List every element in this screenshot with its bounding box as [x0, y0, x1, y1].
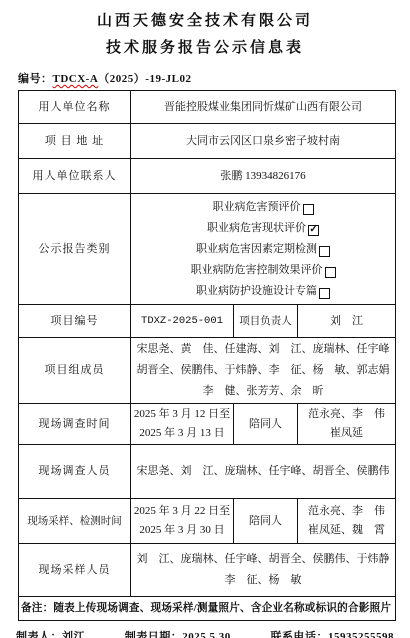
info-table: 用人单位名称 晋能控股煤业集团同忻煤矿山西有限公司 项 目 地 址 大同市云冈区… — [18, 90, 396, 621]
sampling-time-value: 2025 年 3 月 22 日至 2025 年 3 月 30 日 — [131, 499, 234, 544]
footer-creator-label: 制表人： — [16, 631, 62, 638]
project-leader-value: 刘 江 — [298, 305, 396, 338]
row-report-category: 公示报告类别 职业病危害预评价✓ 职业病危害现状评价✓ 职业病危害因素定期检测✓… — [19, 194, 396, 305]
report-option-checkbox: ✓ — [325, 267, 336, 278]
document-number: 编号：TDCX-A（2025）-19-JL02 — [18, 70, 410, 86]
footer-phone: 联系电话：15935255598 — [271, 628, 395, 638]
row-remark: 备注：随表上传现场调查、现场采样/测量照片、含企业名称或标识的合影照片 — [19, 597, 396, 621]
team-line: 胡晋全、侯鹏伟、于炜静、李 征、杨 敏、郭志娟 — [133, 360, 393, 381]
footer-phone-value: 15935255598 — [328, 631, 394, 638]
report-category-options: 职业病危害预评价✓ 职业病危害现状评价✓ 职业病危害因素定期检测✓ 职业病防危害… — [131, 194, 396, 305]
address-value: 大同市云冈区口泉乡密子坡村南 — [131, 124, 396, 159]
team-line: 李 健、张芳芳、余 昕 — [133, 381, 393, 402]
report-option-text: 职业病防危害控制效果评价 — [191, 264, 323, 276]
survey-time-value: 2025 年 3 月 12 日至 2025 年 3 月 13 日 — [131, 404, 234, 445]
footer-line: 制表人：刘江 制表日期：2025.5.30 联系电话：15935255598 — [16, 628, 394, 638]
project-number-value: TDXZ-2025-001 — [131, 305, 234, 338]
document-title-line2: 技术服务报告公示信息表 — [0, 36, 410, 61]
project-number-label: 项目编号 — [19, 305, 131, 338]
sampling-time-label: 现场采样、检测时间 — [19, 499, 131, 544]
sampling-staff-line: 李 征、杨 敏 — [133, 570, 393, 591]
sampling-escort-label: 陪同人 — [234, 499, 298, 544]
report-option-checkbox: ✓ — [303, 204, 314, 215]
sampling-escort-line: 崔凤延、魏 霄 — [300, 521, 393, 540]
survey-time-label: 现场调查时间 — [19, 404, 131, 445]
sampling-staff-label: 现场采样人员 — [19, 544, 131, 597]
footer-creator: 制表人：刘江 — [16, 628, 85, 638]
team-label: 项目组成员 — [19, 338, 131, 404]
row-team: 项目组成员 宋思尧、黄 佳、任建海、刘 江、庞瑞林、任宇峰 胡晋全、侯鹏伟、于炜… — [19, 338, 396, 404]
report-option-text: 职业病危害因素定期检测 — [196, 243, 317, 255]
contact-value: 张鹏 13934826176 — [131, 159, 396, 194]
document-title-line1: 山西天德安全技术有限公司 — [0, 9, 410, 34]
survey-date-line: 2025 年 3 月 13 日 — [133, 424, 231, 443]
survey-date-line: 2025 年 3 月 12 日至 — [133, 405, 231, 424]
footer-phone-label: 联系电话： — [271, 631, 329, 638]
report-option-checkbox: ✓ — [308, 225, 319, 236]
survey-staff-value: 宋思尧、刘 江、庞瑞林、任宇峰、胡晋全、侯鹏伟 — [131, 445, 396, 499]
report-category-label: 公示报告类别 — [19, 194, 131, 305]
sampling-date-line: 2025 年 3 月 30 日 — [133, 521, 231, 540]
team-members: 宋思尧、黄 佳、任建海、刘 江、庞瑞林、任宇峰 胡晋全、侯鹏伟、于炜静、李 征、… — [131, 338, 396, 404]
document-page: 山西天德安全技术有限公司 技术服务报告公示信息表 编号：TDCX-A（2025）… — [0, 0, 410, 638]
report-option: 职业病防危害控制效果评价✓ — [133, 260, 393, 281]
document-number-label: 编号： — [18, 73, 53, 85]
contact-label: 用人单位联系人 — [19, 159, 131, 194]
report-option: 职业病防护设施设计专篇✓ — [133, 281, 393, 302]
address-label: 项 目 地 址 — [19, 124, 131, 159]
sampling-staff-value: 刘 江、庞瑞林、任宇峰、胡晋全、侯鹏伟、于炜静 李 征、杨 敏 — [131, 544, 396, 597]
footer-date: 制表日期：2025.5.30 — [125, 628, 231, 638]
remark-text: 备注：随表上传现场调查、现场采样/测量照片、含企业名称或标识的合影照片 — [19, 597, 396, 621]
footer-creator-value: 刘江 — [62, 631, 85, 638]
report-option-text: 职业病防护设施设计专篇 — [196, 285, 317, 297]
survey-escort-label: 陪同人 — [234, 404, 298, 445]
sampling-escort-names: 范永亮、李 伟 崔凤延、魏 霄 — [298, 499, 396, 544]
row-address: 项 目 地 址 大同市云冈区口泉乡密子坡村南 — [19, 124, 396, 159]
report-option: 职业病危害因素定期检测✓ — [133, 239, 393, 260]
survey-staff-label: 现场调查人员 — [19, 445, 131, 499]
report-option-text: 职业病危害预评价 — [213, 201, 301, 213]
sampling-date-line: 2025 年 3 月 22 日至 — [133, 502, 231, 521]
employer-label: 用人单位名称 — [19, 91, 131, 124]
team-line: 宋思尧、黄 佳、任建海、刘 江、庞瑞林、任宇峰 — [133, 339, 393, 360]
sampling-staff-line: 刘 江、庞瑞林、任宇峰、胡晋全、侯鹏伟、于炜静 — [133, 549, 393, 570]
footer-date-value: 2025.5.30 — [182, 631, 231, 638]
survey-escort-names: 范永亮、李 伟 崔凤延 — [298, 404, 396, 445]
row-project-number: 项目编号 TDXZ-2025-001 项目负责人 刘 江 — [19, 305, 396, 338]
document-number-code: TDCX-A — [53, 73, 99, 85]
row-employer: 用人单位名称 晋能控股煤业集团同忻煤矿山西有限公司 — [19, 91, 396, 124]
row-sampling-time: 现场采样、检测时间 2025 年 3 月 22 日至 2025 年 3 月 30… — [19, 499, 396, 544]
report-option-text: 职业病危害现状评价 — [207, 222, 306, 234]
report-option-checkbox: ✓ — [319, 246, 330, 257]
survey-escort-line: 范永亮、李 伟 — [300, 405, 393, 424]
report-option: 职业病危害预评价✓ — [133, 197, 393, 218]
row-contact: 用人单位联系人 张鹏 13934826176 — [19, 159, 396, 194]
row-sampling-staff: 现场采样人员 刘 江、庞瑞林、任宇峰、胡晋全、侯鹏伟、于炜静 李 征、杨 敏 — [19, 544, 396, 597]
report-option: 职业病危害现状评价✓ — [133, 218, 393, 239]
footer-date-label: 制表日期： — [125, 631, 183, 638]
report-option-checkbox: ✓ — [319, 288, 330, 299]
project-leader-label: 项目负责人 — [234, 305, 298, 338]
row-survey-time: 现场调查时间 2025 年 3 月 12 日至 2025 年 3 月 13 日 … — [19, 404, 396, 445]
sampling-escort-line: 范永亮、李 伟 — [300, 502, 393, 521]
document-number-suffix: （2025）-19-JL02 — [98, 73, 191, 85]
survey-escort-line: 崔凤延 — [300, 424, 393, 443]
row-survey-staff: 现场调查人员 宋思尧、刘 江、庞瑞林、任宇峰、胡晋全、侯鹏伟 — [19, 445, 396, 499]
employer-value: 晋能控股煤业集团同忻煤矿山西有限公司 — [131, 91, 396, 124]
